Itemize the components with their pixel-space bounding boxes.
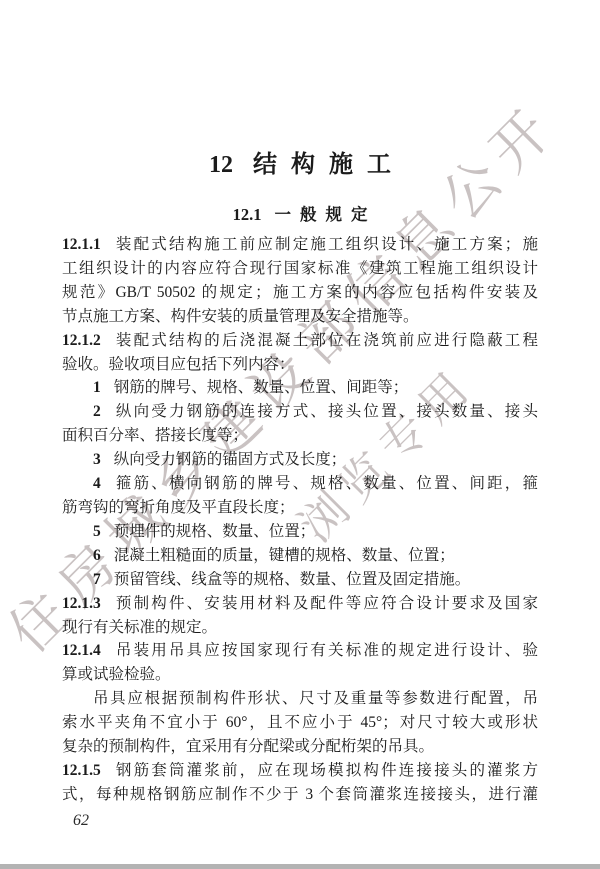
line-text: 筋弯钩的弯折角度及平直段长度；	[62, 499, 295, 516]
clause-line: 12.1.4吊装用吊具应按国家现行有关标准的规定进行设计、验	[62, 639, 538, 663]
line-text: 装配式结构的后浇混凝土部位在浇筑前应进行隐蔽工程	[114, 332, 538, 349]
page-bottom-edge	[0, 864, 600, 869]
clause-line: 12.1.1装配式结构施工前应制定施工组织设计、施工方案；施	[62, 233, 538, 257]
line-text: 预留管线、线盒等的规格、数量、位置及固定措施。	[114, 571, 471, 588]
clause-line: 12.1.2装配式结构的后浇混凝土部位在浇筑前应进行隐蔽工程	[62, 329, 538, 353]
list-item-line: 5预埋件的规格、数量、位置；	[62, 520, 538, 544]
line-text: 规范》GB/T 50502 的规定；施工方案的内容应包括构件安装及	[62, 284, 538, 301]
line-text: 索水平夹角不宜小于 60°，且不应小于 45°；对尺寸较大或形状	[62, 714, 538, 731]
line-text: 复杂的预制构件，宜采用有分配梁或分配桁架的吊具。	[62, 738, 434, 755]
line-text: 装配式结构施工前应制定施工组织设计、施工方案；施	[114, 236, 538, 253]
text-line: 复杂的预制构件，宜采用有分配梁或分配桁架的吊具。	[62, 735, 538, 759]
clause-number: 2	[93, 403, 101, 420]
text-line: 规范》GB/T 50502 的规定；施工方案的内容应包括构件安装及	[62, 281, 538, 305]
line-text: 算或试验检验。	[62, 666, 171, 683]
list-item-line: 3纵向受力钢筋的锚固方式及长度；	[62, 448, 538, 472]
clause-number: 12.1.2	[62, 332, 101, 349]
text-line: 算或试验检验。	[62, 663, 538, 687]
list-item-line: 4箍筋、横向钢筋的牌号、规格、数量、位置、间距，箍	[62, 472, 538, 496]
line-text: 纵向受力钢筋的连接方式、接头位置、接头数量、接头	[114, 403, 538, 420]
line-text: 预制构件、安装用材料及配件等应符合设计要求及国家	[114, 595, 538, 612]
line-text: 验收。验收项目应包括下列内容：	[62, 356, 295, 373]
line-text: 吊具应根据预制构件形状、尺寸及重量等参数进行配置，吊	[93, 690, 538, 707]
text-line: 吊具应根据预制构件形状、尺寸及重量等参数进行配置，吊	[62, 687, 538, 711]
list-item-line: 2纵向受力钢筋的连接方式、接头位置、接头数量、接头	[62, 400, 538, 424]
chapter-name: 结构施工	[253, 152, 405, 178]
clause-number: 12.1.4	[62, 642, 101, 659]
text-line: 筋弯钩的弯折角度及平直段长度；	[62, 496, 538, 520]
line-text: 节点施工方案、构件安装的质量管理及安全措施等。	[62, 308, 419, 325]
text-line: 索水平夹角不宜小于 60°，且不应小于 45°；对尺寸较大或形状	[62, 711, 538, 735]
body-text: 12.1.1装配式结构施工前应制定施工组织设计、施工方案；施工组织设计的内容应符…	[62, 233, 538, 807]
line-text: 现行有关标准的规定。	[62, 619, 217, 636]
clause-number: 1	[93, 379, 101, 396]
clause-number: 7	[93, 571, 101, 588]
line-text: 吊装用吊具应按国家现行有关标准的规定进行设计、验	[114, 642, 538, 659]
line-text: 混凝土粗糙面的质量，键槽的规格、数量、位置；	[114, 547, 455, 564]
line-text: 纵向受力钢筋的锚固方式及长度；	[114, 451, 347, 468]
list-item-line: 1钢筋的牌号、规格、数量、位置、间距等；	[62, 376, 538, 400]
line-text: 箍筋、横向钢筋的牌号、规格、数量、位置、间距，箍	[114, 475, 538, 492]
text-line: 工组织设计的内容应符合现行国家标准《建筑工程施工组织设计	[62, 257, 538, 281]
section-number: 12.1	[233, 205, 262, 224]
clause-number: 4	[93, 475, 101, 492]
line-text: 工组织设计的内容应符合现行国家标准《建筑工程施工组织设计	[62, 260, 538, 277]
document-page: 住房城乡建设部信息公开 浏览专用 12结构施工 12.1一般规定 12.1.1装…	[0, 0, 600, 869]
clause-line: 12.1.3预制构件、安装用材料及配件等应符合设计要求及国家	[62, 592, 538, 616]
chapter-title: 12结构施工	[0, 144, 600, 179]
clause-number: 12.1.1	[62, 236, 101, 253]
text-line: 验收。验收项目应包括下列内容：	[62, 353, 538, 377]
clause-number: 12.1.5	[62, 762, 101, 779]
line-text: 钢筋的牌号、规格、数量、位置、间距等；	[114, 379, 409, 396]
page-number: 62	[73, 812, 89, 830]
line-text: 式，每种规格钢筋应制作不少于 3 个套筒灌浆连接接头，进行灌	[62, 786, 538, 803]
line-text: 面积百分率、搭接长度等；	[62, 427, 248, 444]
list-item-line: 7预留管线、线盒等的规格、数量、位置及固定措施。	[62, 568, 538, 592]
clause-line: 12.1.5钢筋套筒灌浆前，应在现场模拟构件连接接头的灌浆方	[62, 759, 538, 783]
chapter-number: 12	[209, 152, 233, 178]
line-text: 预埋件的规格、数量、位置；	[114, 523, 316, 540]
text-line: 节点施工方案、构件安装的质量管理及安全措施等。	[62, 305, 538, 329]
clause-number: 5	[93, 523, 101, 540]
text-line: 式，每种规格钢筋应制作不少于 3 个套筒灌浆连接接头，进行灌	[62, 783, 538, 807]
clause-number: 3	[93, 451, 101, 468]
section-name: 一般规定	[274, 205, 376, 224]
text-line: 现行有关标准的规定。	[62, 616, 538, 640]
list-item-line: 6混凝土粗糙面的质量，键槽的规格、数量、位置；	[62, 544, 538, 568]
section-title: 12.1一般规定	[0, 201, 600, 225]
clause-number: 6	[93, 547, 101, 564]
text-line: 面积百分率、搭接长度等；	[62, 424, 538, 448]
line-text: 钢筋套筒灌浆前，应在现场模拟构件连接接头的灌浆方	[114, 762, 538, 779]
clause-number: 12.1.3	[62, 595, 101, 612]
page-content: 12结构施工 12.1一般规定 12.1.1装配式结构施工前应制定施工组织设计、…	[0, 0, 600, 869]
